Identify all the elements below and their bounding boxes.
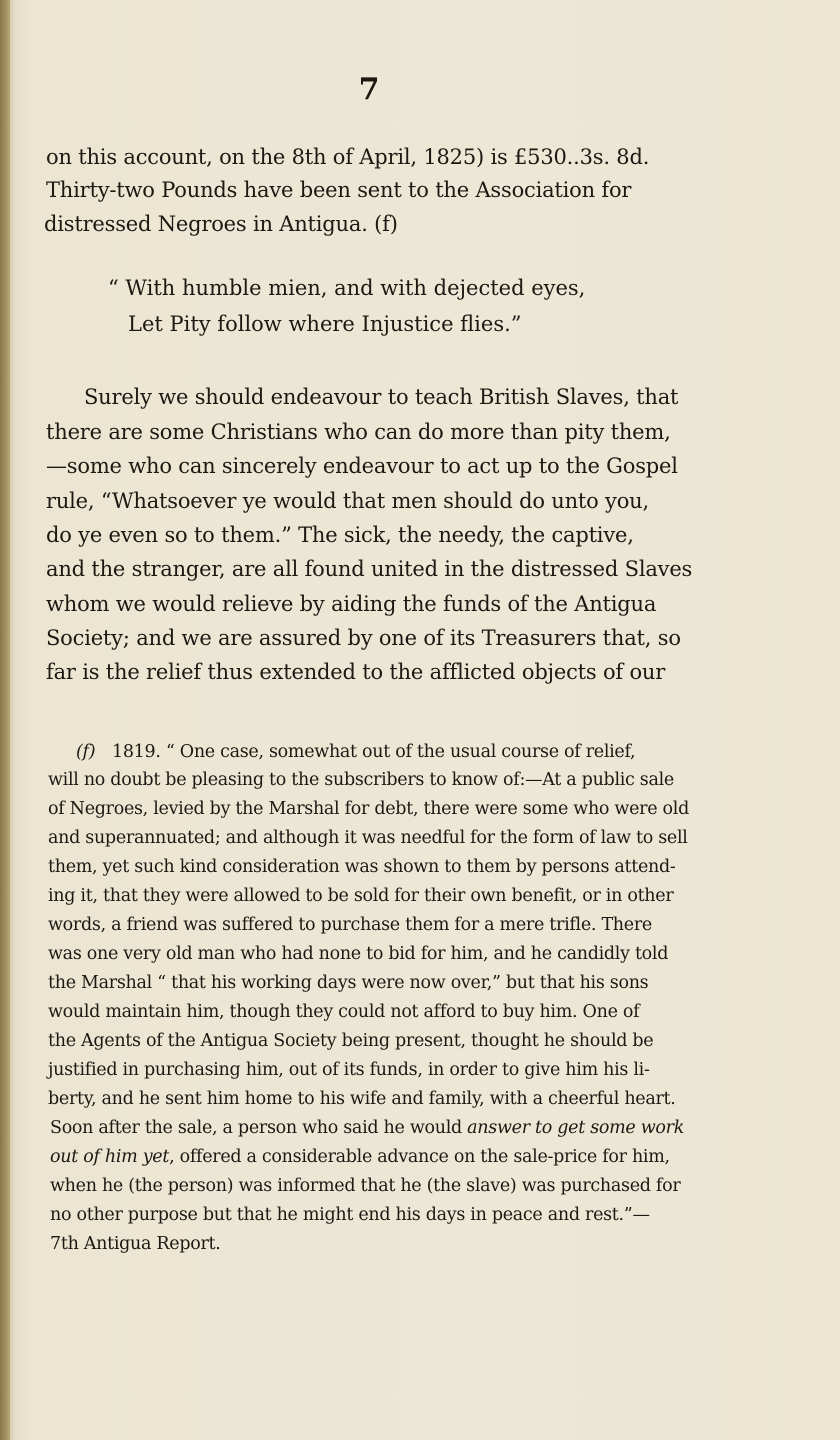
- paragraph-1-line-3: distressed Negroes in Antigua. (f): [44, 212, 398, 236]
- footnote-line-13: berty, and he sent him home to his wife …: [48, 1089, 676, 1109]
- footnote-line-17: no other purpose but that he might end h…: [50, 1205, 650, 1225]
- paragraph-2-line-9: far is the relief thus extended to the a…: [46, 660, 665, 684]
- footnote-source: 7th Antigua Report.: [50, 1234, 221, 1254]
- paragraph-2-line-5: do ye even so to them.” The sick, the ne…: [46, 523, 634, 547]
- page-number: 7: [0, 72, 738, 107]
- book-page: 7 on this account, on the 8th of April, …: [0, 0, 840, 1440]
- footnote-line-9: the Marshal “ that his working days were…: [48, 973, 648, 993]
- paragraph-2-line-4: rule, “Whatsoever ye would that men shou…: [46, 489, 649, 513]
- footnote-line-7: words, a friend was suffered to purchase…: [48, 915, 652, 935]
- paragraph-1-line-1: on this account, on the 8th of April, 18…: [46, 145, 649, 169]
- verse-line-2: Let Pity follow where Injustice flies.”: [128, 312, 522, 336]
- footnote-line-8: was one very old man who had none to bid…: [48, 944, 668, 964]
- paragraph-2-line-7: whom we would relieve by aiding the fund…: [46, 592, 656, 616]
- paragraph-2-line-3: —some who can sincerely endeavour to act…: [46, 454, 678, 478]
- footnote-line-14: Soon after the sale, a person who said h…: [50, 1118, 684, 1138]
- footnote-marker: (f): [76, 742, 95, 762]
- verse-line-1: “ With humble mien, and with dejected ey…: [108, 276, 585, 300]
- paragraph-2-line-2: there are some Christians who can do mor…: [46, 420, 671, 444]
- footnote-line-11: the Agents of the Antigua Society being …: [48, 1031, 653, 1051]
- footnote-line-12: justified in purchasing him, out of its …: [48, 1060, 650, 1080]
- footnote-line-10: would maintain him, though they could no…: [48, 1002, 639, 1022]
- footnote-line-1: 1819. “ One case, somewhat out of the us…: [112, 742, 635, 762]
- book-spine-edge: [0, 0, 10, 1440]
- paragraph-2-line-6: and the stranger, are all found united i…: [46, 557, 692, 581]
- footnote-line-4: and superannuated; and although it was n…: [48, 828, 688, 848]
- footnote-line-15: out of him yet, offered a considerable a…: [50, 1147, 670, 1167]
- paragraph-2-line-1: Surely we should endeavour to teach Brit…: [84, 385, 678, 409]
- footnote-line-2: will no doubt be pleasing to the subscri…: [48, 770, 674, 790]
- footnote-line-16: when he (the person) was informed that h…: [50, 1176, 680, 1196]
- paragraph-2-line-8: Society; and we are assured by one of it…: [46, 626, 681, 650]
- paragraph-1-line-2: Thirty-two Pounds have been sent to the …: [46, 178, 631, 202]
- footnote-line-3: of Negroes, levied by the Marshal for de…: [48, 799, 689, 819]
- footnote-line-6: ing it, that they were allowed to be sol…: [48, 886, 673, 906]
- footnote-line-5: them, yet such kind consideration was sh…: [48, 857, 676, 877]
